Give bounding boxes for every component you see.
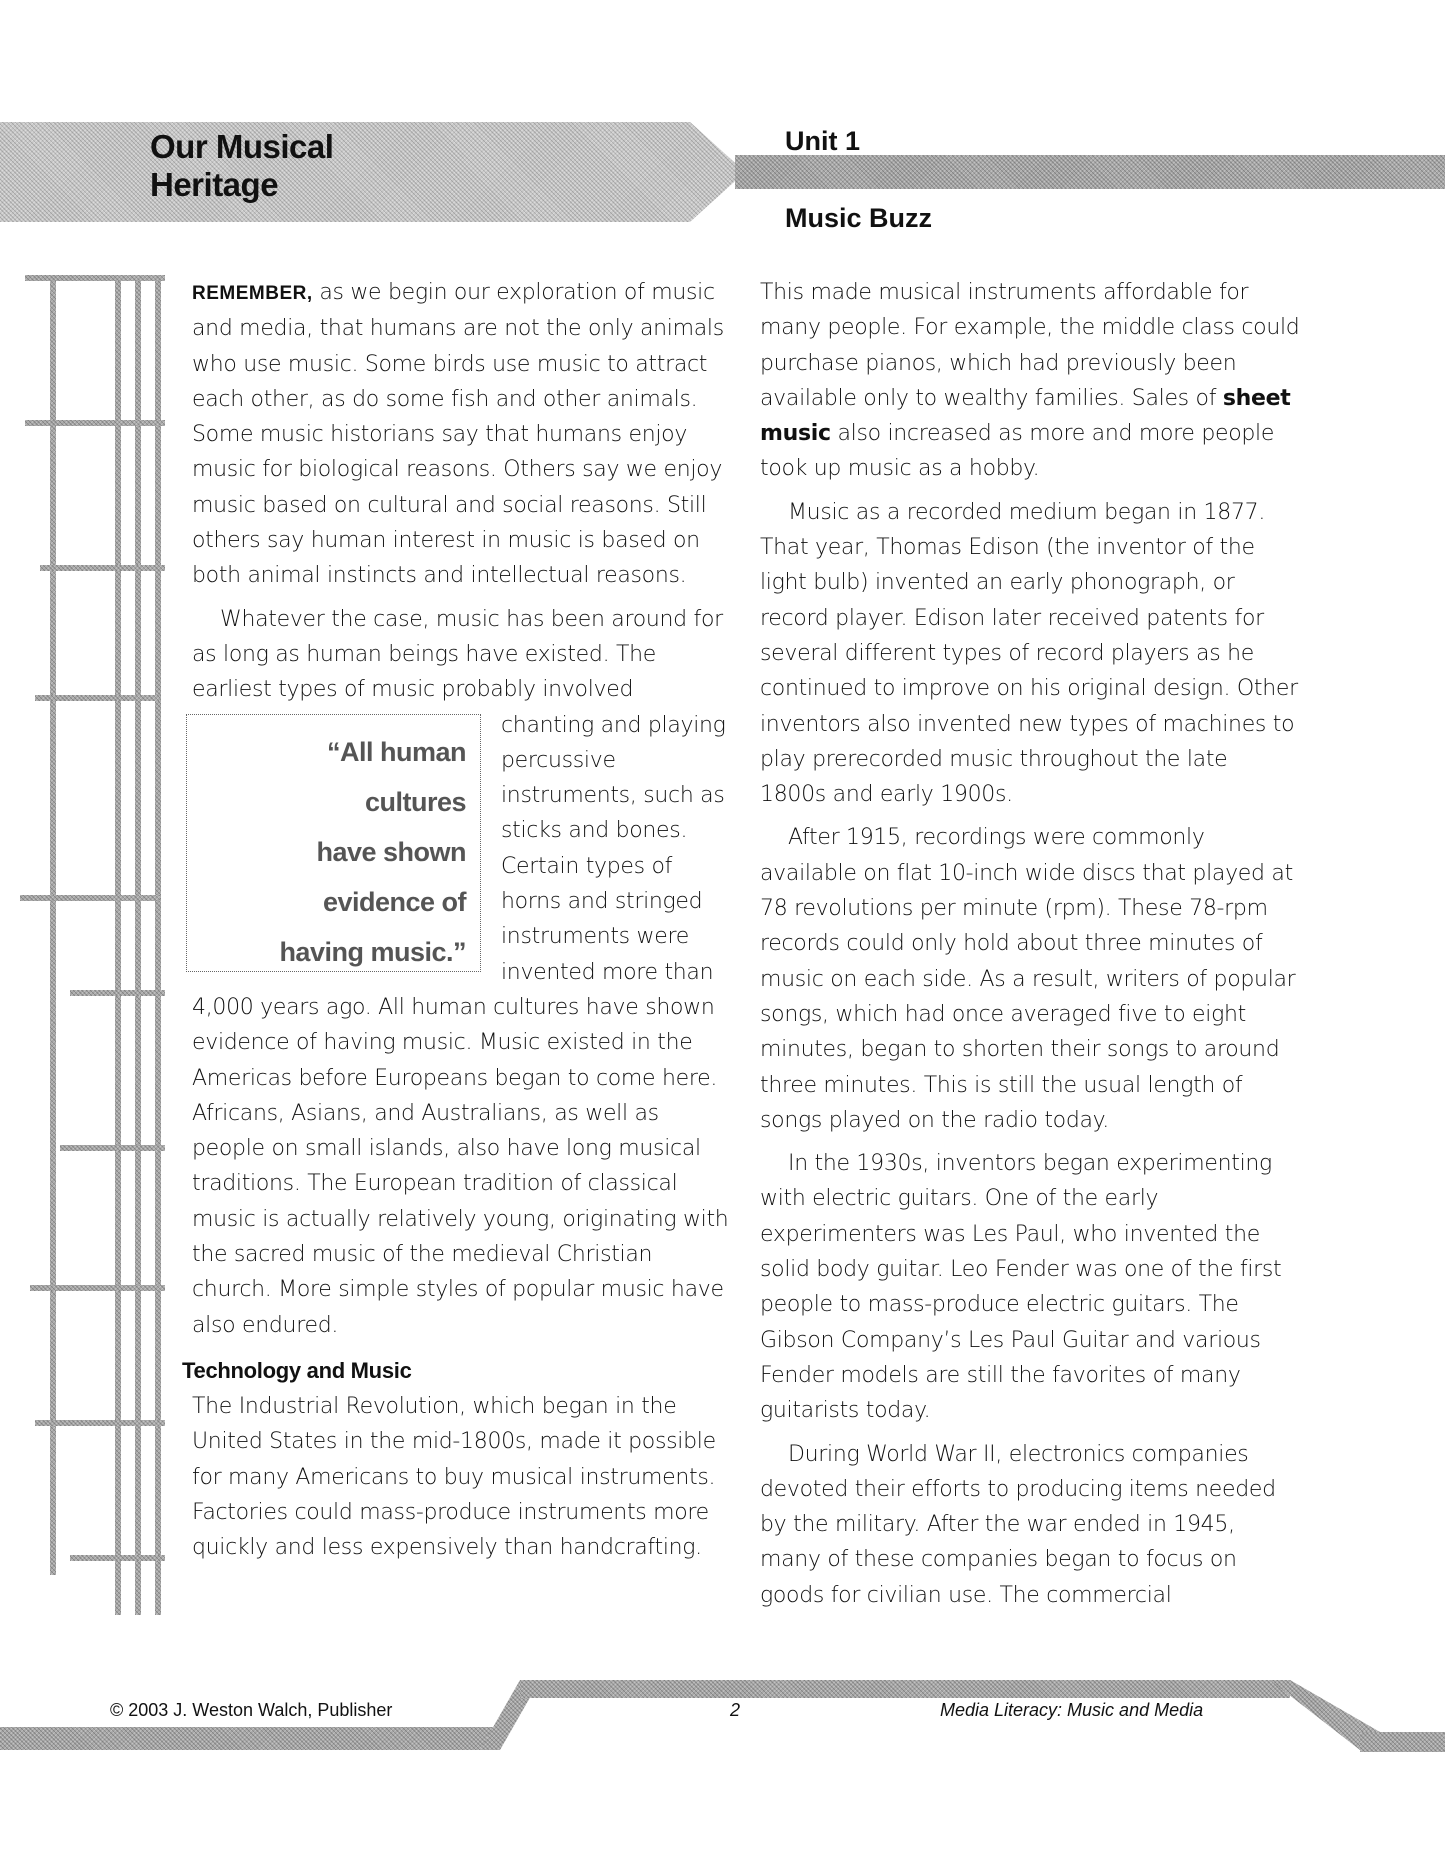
paragraph-text: This made musical instruments affordable… bbox=[760, 280, 1299, 411]
staff-bar bbox=[35, 695, 160, 701]
pull-quote-line: have shown bbox=[187, 827, 466, 877]
copyright: © 2003 J. Weston Walch, Publisher bbox=[110, 1700, 392, 1721]
book-title: Media Literacy: Music and Media bbox=[940, 1700, 1203, 1721]
section-banner bbox=[0, 122, 745, 222]
header-rule bbox=[735, 155, 1445, 189]
footer-rule bbox=[520, 1680, 1290, 1698]
pull-quote-line: cultures bbox=[187, 777, 466, 827]
unit-label: Unit 1 bbox=[785, 126, 860, 157]
paragraph-text: as we begin our exploration of music and… bbox=[192, 280, 724, 588]
paragraph: REMEMBER, as we begin our exploration of… bbox=[192, 275, 732, 594]
paragraph: During World War II, electronics compani… bbox=[760, 1437, 1300, 1613]
paragraph: Music as a recorded medium began in 1877… bbox=[760, 495, 1300, 813]
paragraph-text: also increased as more and more people t… bbox=[760, 421, 1274, 481]
staff-line bbox=[155, 275, 161, 1615]
staff-bar bbox=[25, 420, 165, 426]
paragraph: In the 1930s, inventors began experiment… bbox=[760, 1146, 1300, 1428]
pull-quote: “All humancultureshave shownevidence ofh… bbox=[186, 714, 481, 972]
staff-bar bbox=[30, 1285, 165, 1291]
subheading: Technology and Music bbox=[182, 1357, 732, 1385]
paragraph: This made musical instruments affordable… bbox=[760, 275, 1300, 487]
staff-bar bbox=[20, 895, 160, 901]
staff-bar bbox=[70, 1555, 165, 1561]
section-title-line-1: Our Musical bbox=[150, 128, 333, 166]
paragraph: The Industrial Revolution, which began i… bbox=[192, 1389, 732, 1565]
pull-quote-line: evidence of bbox=[187, 877, 466, 927]
unit-name: Music Buzz bbox=[785, 203, 932, 234]
staff-bar bbox=[25, 275, 165, 281]
right-column: This made musical instruments affordable… bbox=[760, 275, 1300, 1621]
section-title-line-2: Heritage bbox=[150, 166, 333, 204]
staff-bar bbox=[35, 1420, 165, 1426]
pull-quote-line: having music.” bbox=[187, 927, 466, 977]
paragraph: Whatever the case, music has been around… bbox=[192, 602, 732, 1343]
music-staff-decoration bbox=[20, 275, 165, 1615]
left-column: REMEMBER, as we begin our exploration of… bbox=[192, 275, 732, 1573]
footer-rule bbox=[0, 1727, 500, 1750]
footer-rule bbox=[1360, 1732, 1445, 1752]
lead-word: REMEMBER, bbox=[192, 283, 313, 304]
staff-line bbox=[135, 275, 141, 1615]
staff-bar bbox=[60, 1145, 165, 1151]
staff-line bbox=[50, 275, 56, 1575]
staff-bar bbox=[70, 990, 165, 996]
staff-line bbox=[115, 275, 121, 1615]
pull-quote-line: “All human bbox=[187, 727, 466, 777]
page-number: 2 bbox=[730, 1700, 740, 1721]
paragraph: After 1915, recordings were commonly ava… bbox=[760, 820, 1300, 1138]
staff-bar bbox=[40, 565, 165, 571]
section-title: Our Musical Heritage bbox=[150, 128, 333, 204]
